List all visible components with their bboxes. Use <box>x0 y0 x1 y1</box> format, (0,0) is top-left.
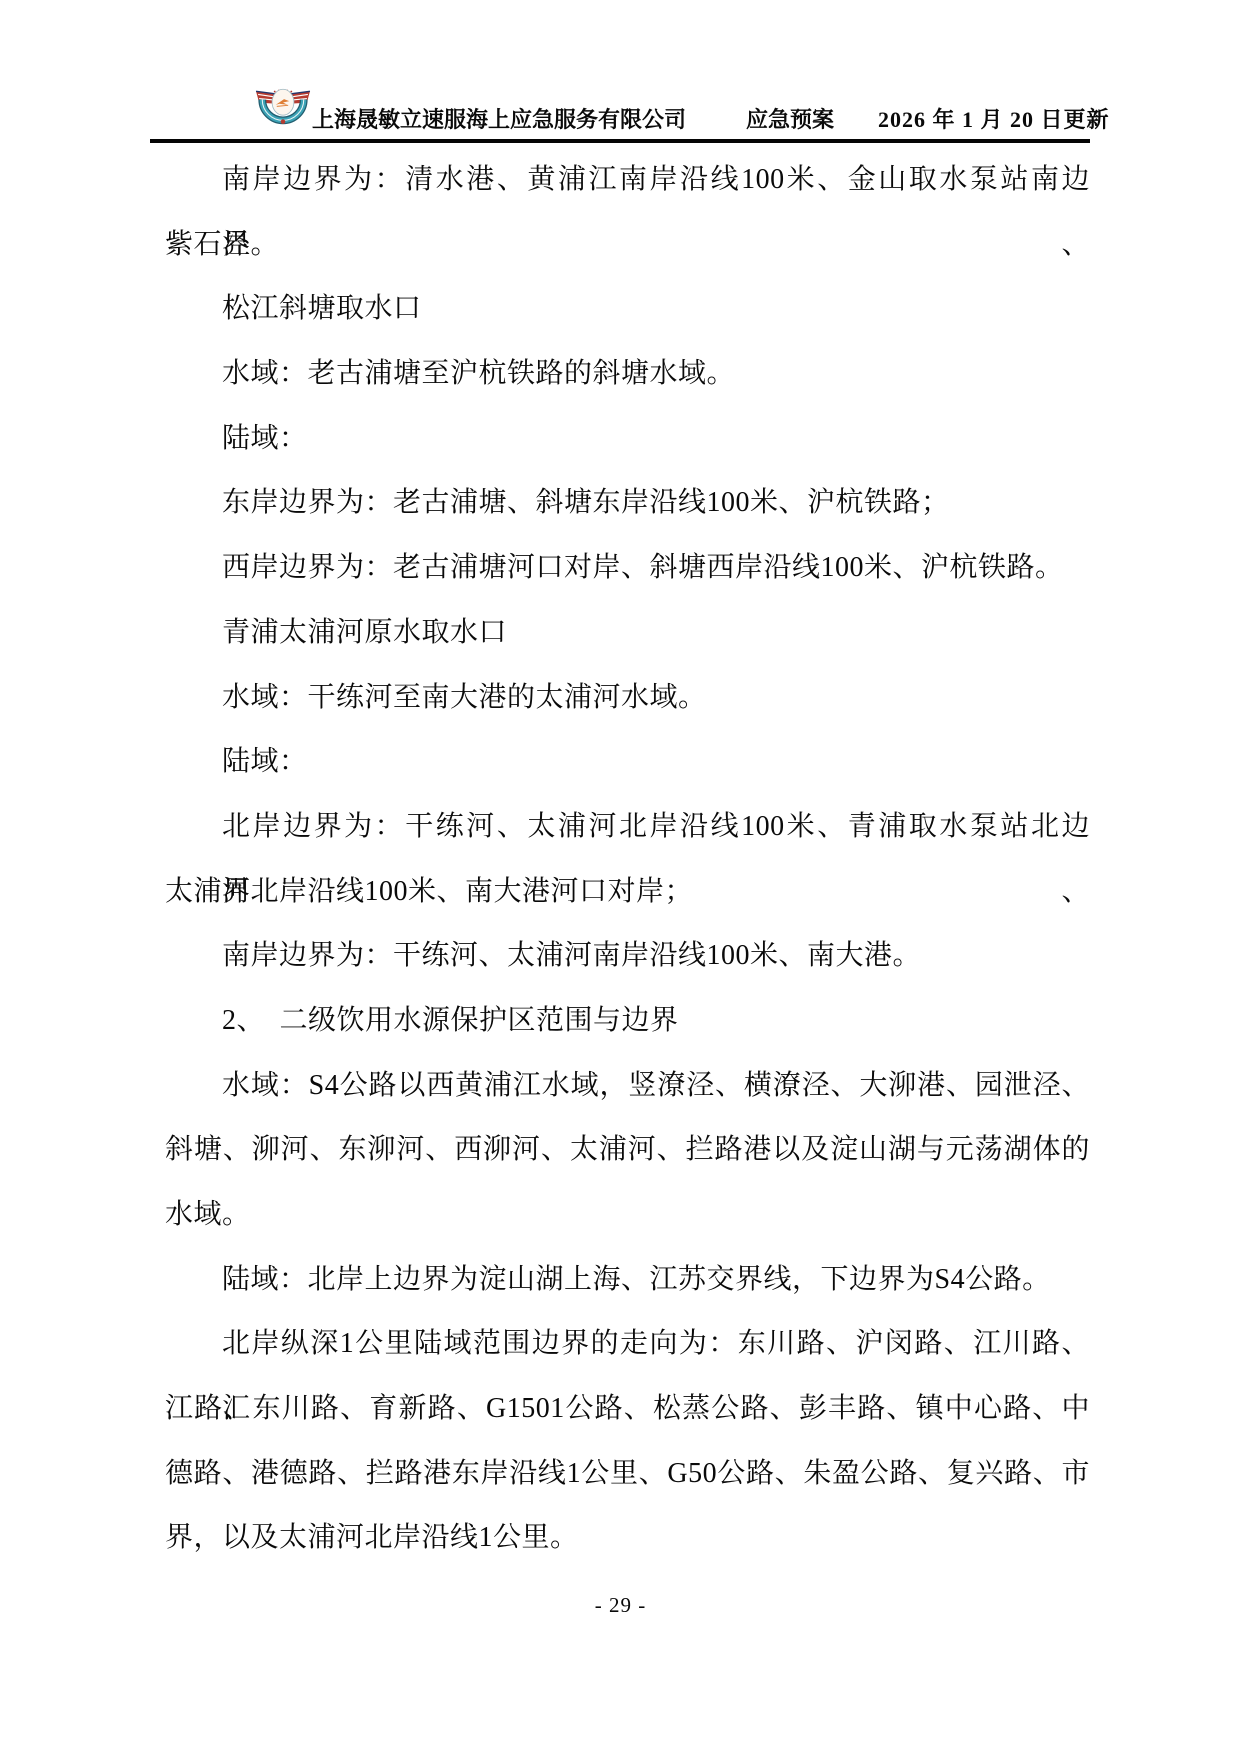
document-body: 南岸边界为：清水港、黄浦江南岸沿线100米、金山取水泵站南边界、紫石泾。松江斜塘… <box>165 148 1090 1571</box>
text-line: 水域。 <box>165 1183 1090 1248</box>
page-header: 上海晟敏立速服海上应急服务有限公司 应急预案 2026 年 1 月 20 日更新 <box>312 103 1102 134</box>
text-line: 德路、港德路、拦路港东岸沿线1公里、G50公路、朱盈公路、复兴路、市 <box>165 1442 1090 1507</box>
text-line: 江路、东川路、育新路、G1501公路、松蒸公路、彭丰路、镇中心路、中 <box>165 1377 1090 1442</box>
text-line: 界，以及太浦河北岸沿线1公里。 <box>165 1506 1090 1571</box>
company-logo-icon <box>255 86 311 134</box>
text-line: 南岸边界为：干练河、太浦河南岸沿线100米、南大港。 <box>165 924 1090 989</box>
text-line: 北岸纵深1公里陆域范围边界的走向为：东川路、沪闵路、江川路、汇 <box>165 1312 1090 1377</box>
document-page: 上海晟敏立速服海上应急服务有限公司 应急预案 2026 年 1 月 20 日更新… <box>0 0 1241 1754</box>
update-date: 2026 年 1 月 20 日更新 <box>878 103 1110 134</box>
page-footer: - 29 - <box>0 1593 1241 1618</box>
header-rule <box>150 139 1090 143</box>
text-line: 水域：干练河至南大港的太浦河水域。 <box>165 666 1090 731</box>
text-line: 陆域：北岸上边界为淀山湖上海、江苏交界线，下边界为S4公路。 <box>165 1248 1090 1313</box>
text-line: 西岸边界为：老古浦塘河口对岸、斜塘西岸沿线100米、沪杭铁路。 <box>165 536 1090 601</box>
page-number: - 29 - <box>595 1593 647 1617</box>
text-line: 陆域： <box>165 730 1090 795</box>
text-line: 南岸边界为：清水港、黄浦江南岸沿线100米、金山取水泵站南边界、 <box>165 148 1090 213</box>
text-line: 陆域： <box>165 407 1090 472</box>
company-name: 上海晟敏立速服海上应急服务有限公司 <box>312 103 686 134</box>
text-line: 青浦太浦河原水取水口 <box>165 601 1090 666</box>
text-line: 水域：S4公路以西黄浦江水域，竖潦泾、横潦泾、大泖港、园泄泾、 <box>165 1054 1090 1119</box>
text-line: 东岸边界为：老古浦塘、斜塘东岸沿线100米、沪杭铁路； <box>165 471 1090 536</box>
text-line: 北岸边界为：干练河、太浦河北岸沿线100米、青浦取水泵站北边界、 <box>165 795 1090 860</box>
text-line: 水域：老古浦塘至沪杭铁路的斜塘水域。 <box>165 342 1090 407</box>
text-line: 松江斜塘取水口 <box>165 277 1090 342</box>
doc-type-label: 应急预案 <box>746 103 834 134</box>
text-line: 2、 二级饮用水源保护区范围与边界 <box>165 989 1090 1054</box>
text-line: 斜塘、泖河、东泖河、西泖河、太浦河、拦路港以及淀山湖与元荡湖体的 <box>165 1118 1090 1183</box>
